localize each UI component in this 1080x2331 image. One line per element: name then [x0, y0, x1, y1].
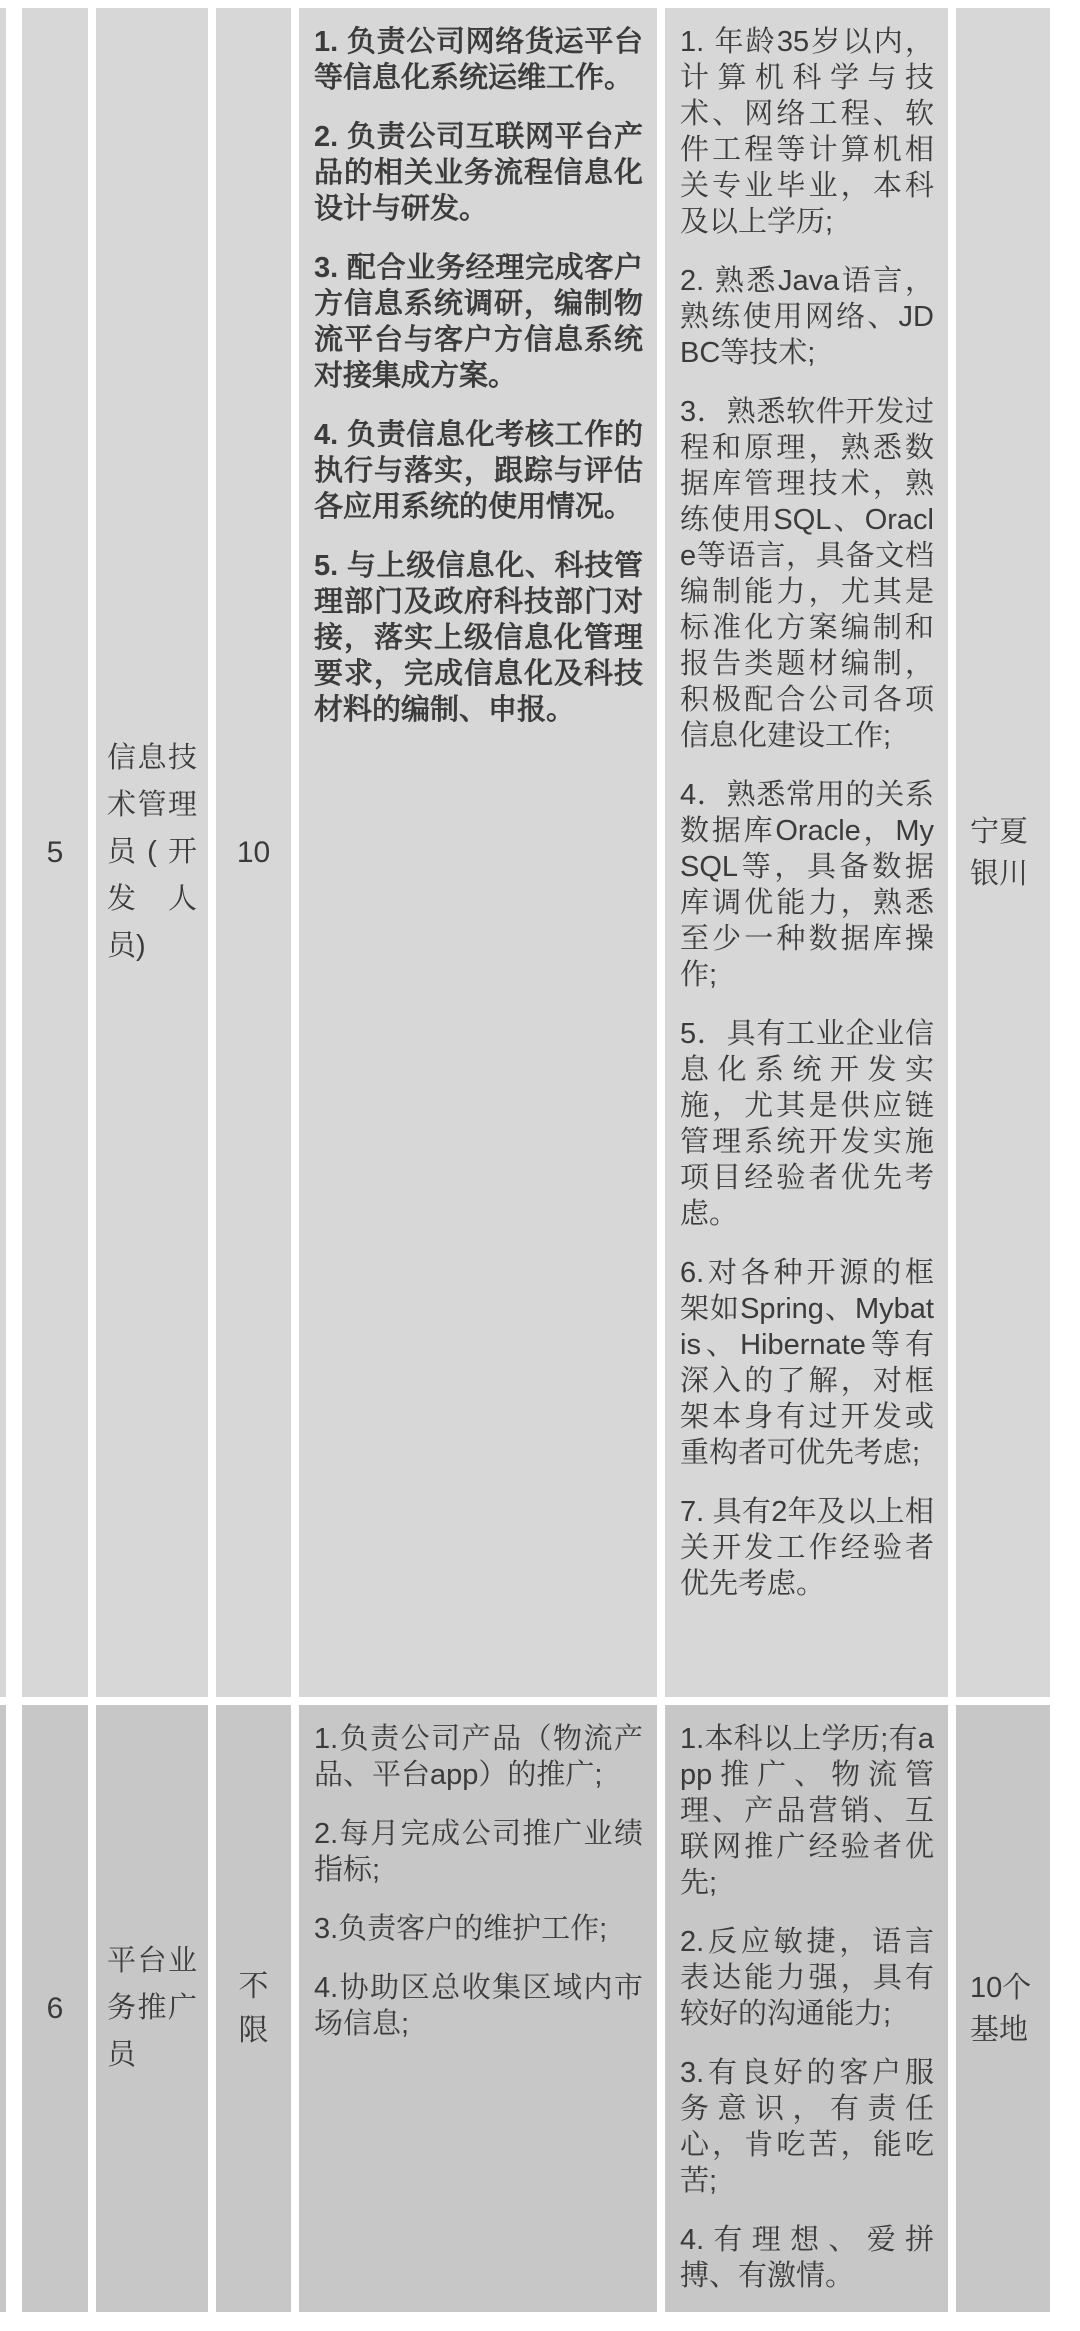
- duty-item: 2. 负责公司互联网平台产品的相关业务流程信息化设计与研发。: [314, 119, 643, 227]
- headcount: 10: [237, 833, 270, 873]
- requirement-item: 1. 年龄35岁以内，计算机科学与技术、网络工程、软件工程等计算机相关专业毕业，…: [680, 24, 934, 240]
- duties-cell: 1. 负责公司网络货运平台等信息化系统运维工作。 2. 负责公司互联网平台产品的…: [299, 8, 657, 1697]
- duty-item: 3.负责客户的维护工作;: [314, 1911, 643, 1947]
- headcount: 不限: [236, 1965, 272, 2053]
- duty-item: 5. 与上级信息化、科技管理部门及政府科技部门对接，落实上级信息化管理要求，完成…: [314, 548, 643, 728]
- requirement-item: 2.反应敏捷，语言表达能力强，具有较好的沟通能力;: [680, 1924, 934, 2032]
- duty-item: 1.负责公司产品（物流产品、平台app）的推广;: [314, 1721, 643, 1793]
- left-edge-table-fragment: [0, 1705, 6, 2312]
- duty-item: 4. 负责信息化考核工作的执行与落实，跟踪与评估各应用系统的使用情况。: [314, 417, 643, 525]
- requirement-item: 2. 熟悉Java语言，熟练使用网络、JDBC等技术;: [680, 263, 934, 371]
- job-title-cell: 信息技术管理员(开发人员): [96, 8, 208, 1697]
- duty-item: 1. 负责公司网络货运平台等信息化系统运维工作。: [314, 24, 643, 96]
- requirements-cell: 1.本科以上学历;有app推广、物流管理、产品营销、互联网推广经验者优先; 2.…: [665, 1705, 948, 2312]
- row-number-cell: 6: [22, 1705, 88, 2312]
- requirement-item: 1.本科以上学历;有app推广、物流管理、产品营销、互联网推广经验者优先;: [680, 1721, 934, 1901]
- requirement-item: 6.对各种开源的框架如Spring、Mybatis、Hibernate等有深入的…: [680, 1255, 934, 1471]
- row-number: 5: [47, 833, 64, 873]
- job-title: 平台业务推广员: [107, 1938, 197, 2079]
- location-cell: 10个基地: [956, 1705, 1050, 2312]
- headcount-cell: 不限: [216, 1705, 291, 2312]
- requirement-item: 3.有良好的客户服务意识，有责任心，肯吃苦，能吃苦;: [680, 2055, 934, 2199]
- job-positions-table: 5 信息技术管理员(开发人员) 10 1. 负责公司网络货运平台等信息化系统运维…: [22, 8, 1050, 2312]
- requirement-item: 7. 具有2年及以上相关开发工作经验者优先考虑。: [680, 1494, 934, 1602]
- requirement-item: 3．熟悉软件开发过程和原理，熟悉数据库管理技术，熟练使用SQL、Oracle等语…: [680, 394, 934, 754]
- left-edge-table-fragment: [0, 8, 6, 1697]
- requirements-cell: 1. 年龄35岁以内，计算机科学与技术、网络工程、软件工程等计算机相关专业毕业，…: [665, 8, 948, 1697]
- row-number: 6: [47, 1989, 64, 2029]
- location-cell: 宁夏银川: [956, 8, 1050, 1697]
- duty-item: 4.协助区总收集区域内市场信息;: [314, 1970, 643, 2042]
- recruitment-table-page: 5 信息技术管理员(开发人员) 10 1. 负责公司网络货运平台等信息化系统运维…: [0, 0, 1080, 2331]
- headcount-cell: 10: [216, 8, 291, 1697]
- job-title-cell: 平台业务推广员: [96, 1705, 208, 2312]
- requirement-item: 4.有理想、爱拼搏、有激情。: [680, 2222, 934, 2294]
- work-location: 10个基地: [970, 1967, 1036, 2051]
- duty-item: 2.每月完成公司推广业绩指标;: [314, 1816, 643, 1888]
- job-title: 信息技术管理员(开发人员): [107, 735, 197, 970]
- requirement-item: 4．熟悉常用的关系数据库Oracle，MySQL等，具备数据库调优能力，熟悉至少…: [680, 777, 934, 993]
- requirement-item: 5．具有工业企业信息化系统开发实施，尤其是供应链管理系统开发实施项目经验者优先考…: [680, 1016, 934, 1232]
- work-location: 宁夏银川: [970, 811, 1036, 895]
- duty-item: 3. 配合业务经理完成客户方信息系统调研，编制物流平台与客户方信息系统对接集成方…: [314, 250, 643, 394]
- duties-cell: 1.负责公司产品（物流产品、平台app）的推广; 2.每月完成公司推广业绩指标;…: [299, 1705, 657, 2312]
- row-number-cell: 5: [22, 8, 88, 1697]
